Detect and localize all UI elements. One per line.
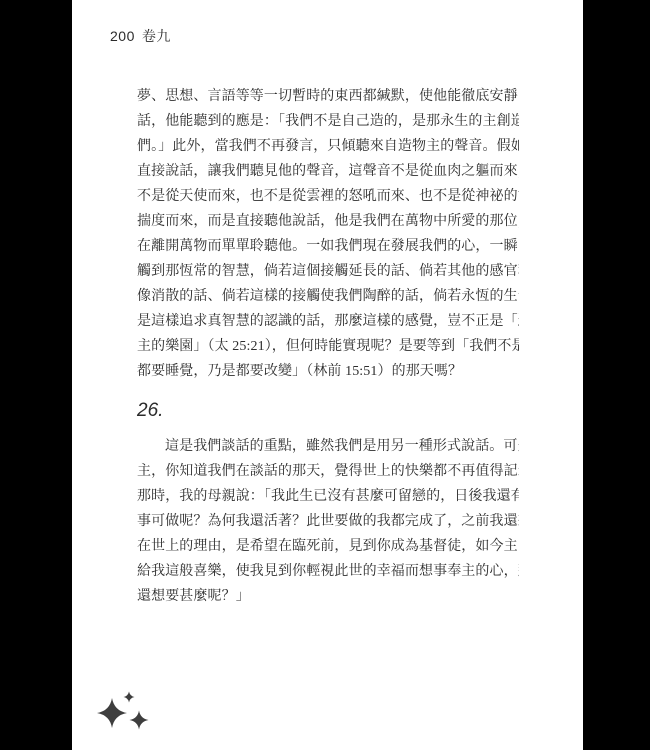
text-line: 主的樂園」（太 25:21），但何時能實現呢？是要等到「我們不是 bbox=[137, 334, 519, 359]
sparkle-large bbox=[97, 698, 127, 728]
section-number: 26. bbox=[137, 400, 163, 422]
text-line: 在世上的理由，是希望在臨死前，見到你成為基督徒，如今主已經 bbox=[137, 534, 519, 559]
text-line: 們。」此外，當我們不再發言，只傾聽來自造物主的聲音。假如神 bbox=[137, 134, 519, 159]
text-line: 不是從天使而來，也不是從雲裡的怒吼而來、也不是從神祕的寓言 bbox=[137, 184, 519, 209]
left-letterbox-bar bbox=[0, 0, 72, 750]
sparkles-icon bbox=[90, 687, 154, 737]
text-line: 揣度而來，而是直接聽他說話，他是我們在萬物中所愛的那位，現 bbox=[137, 209, 519, 234]
text-line: 夢、思想、言語等等一切暫時的東西都緘默，使他能徹底安靜的 bbox=[137, 84, 519, 109]
paragraph-2: 這是我們談話的重點，雖然我們是用另一種形式說話。可是，主，你知道我們在談話的那天… bbox=[137, 434, 519, 609]
text-line: 給我這般喜樂，使我見到你輕視此世的幸福而想事奉主的心，那我 bbox=[137, 559, 519, 584]
text-line: 在離開萬物而單單聆聽他。一如我們現在發展我們的心，一瞬間接 bbox=[137, 234, 519, 259]
volume-label: 卷九 bbox=[142, 28, 171, 44]
page-header: 200卷九 bbox=[110, 26, 171, 46]
book-page-scan: 200卷九 夢、思想、言語等等一切暫時的東西都緘默，使他能徹底安靜的話，他能聽到… bbox=[0, 0, 650, 750]
sparkle-medium bbox=[130, 711, 149, 730]
text-line: 是這樣追求真智慧的認識的話，那麼這樣的感覺，豈不正是「進入 bbox=[137, 309, 519, 334]
text-line: 事可做呢？為何我還活著？此世要做的我都完成了，之前我還想活 bbox=[137, 509, 519, 534]
page-number: 200 bbox=[110, 28, 135, 44]
text-line: 那時，我的母親說：「我此生已沒有甚麼可留戀的，日後我還有何 bbox=[137, 484, 519, 509]
paragraph-1: 夢、思想、言語等等一切暫時的東西都緘默，使他能徹底安靜的話，他能聽到的應是：「我… bbox=[137, 84, 519, 384]
text-line: 都要睡覺，乃是都要改變」（林前 15:51）的那天嗎？ bbox=[137, 359, 519, 384]
text-line: 這是我們談話的重點，雖然我們是用另一種形式說話。可是， bbox=[137, 434, 519, 459]
text-line: 主，你知道我們在談話的那天，覺得世上的快樂都不再值得記念。 bbox=[137, 459, 519, 484]
text-line: 像消散的話、倘若這樣的接觸使我們陶醉的話，倘若永恆的生命就 bbox=[137, 284, 519, 309]
text-line: 還想要甚麼呢？」 bbox=[137, 584, 519, 609]
text-line: 話，他能聽到的應是：「我們不是自己造的，是那永生的主創造我 bbox=[137, 109, 519, 134]
sparkle-small bbox=[124, 692, 135, 703]
text-line: 直接說話，讓我們聽見他的聲音，這聲音不是從血肉之軀而來，也 bbox=[137, 159, 519, 184]
text-line: 觸到那恆常的智慧，倘若這個接觸延長的話、倘若其他的感官和想 bbox=[137, 259, 519, 284]
right-letterbox-bar bbox=[583, 0, 650, 750]
